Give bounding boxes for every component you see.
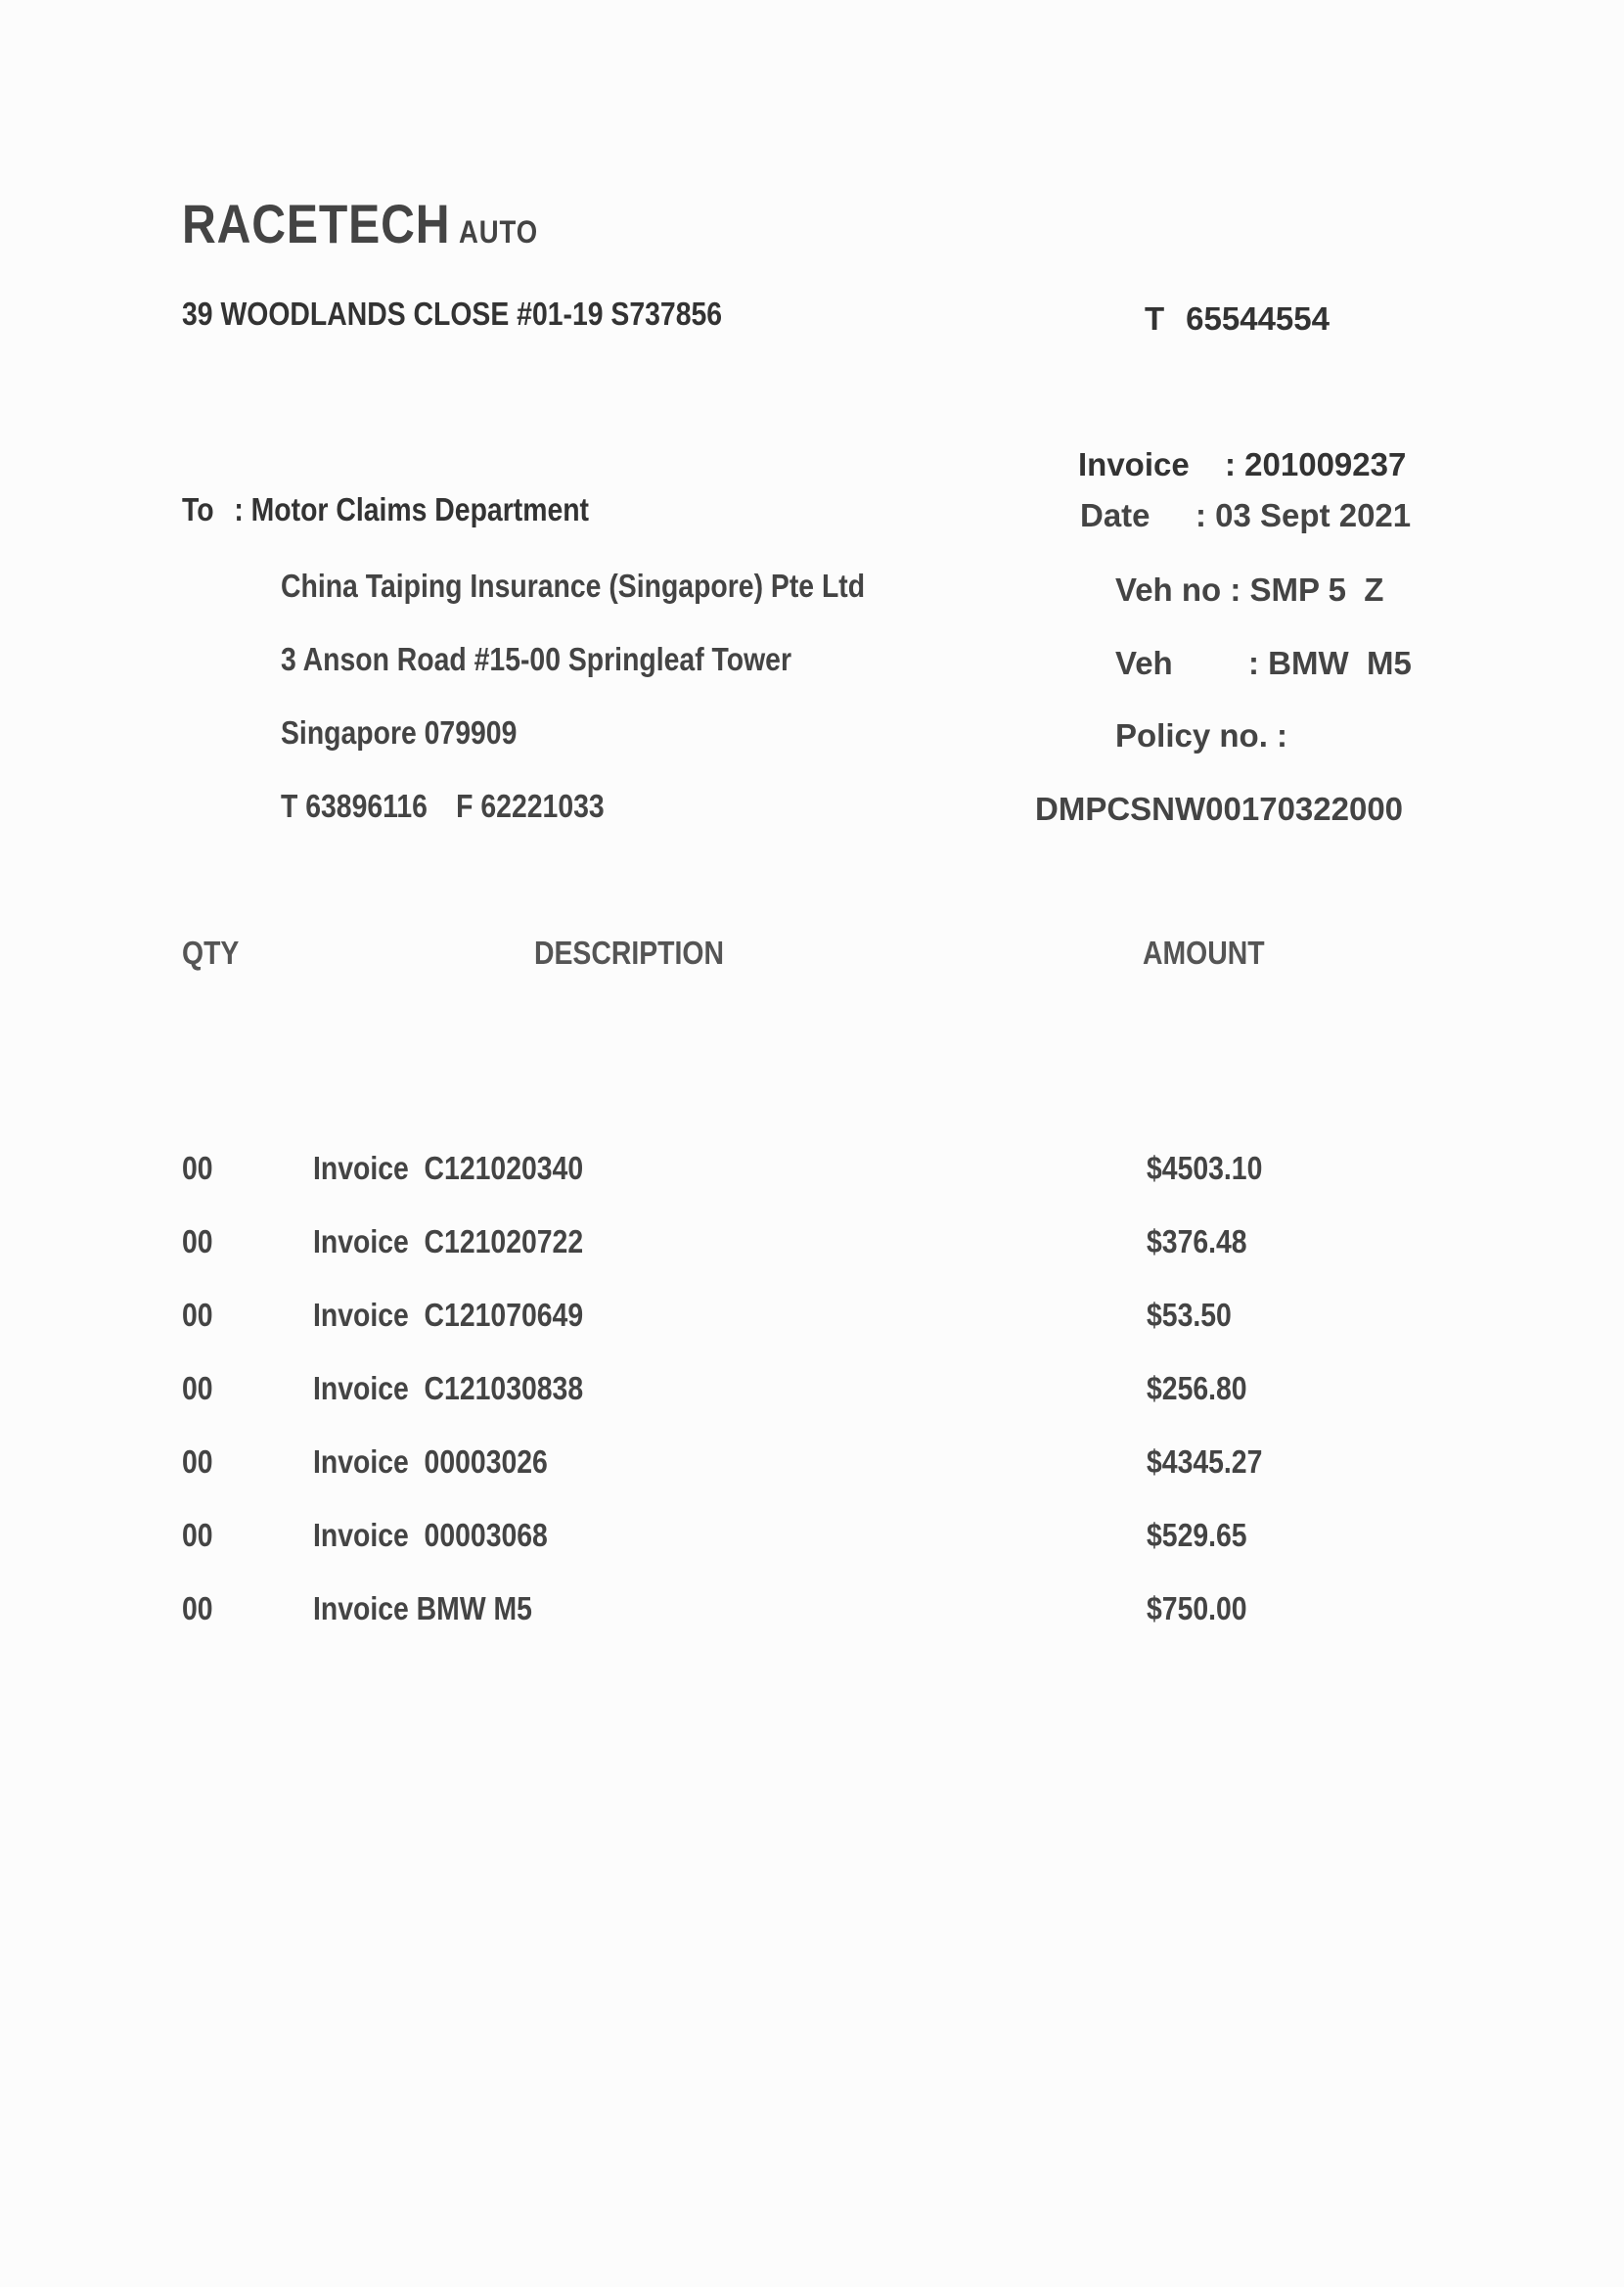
policy-number: DMPCSNW00170322000 xyxy=(1035,791,1403,828)
row-description: Invoice 00003026 xyxy=(313,1443,548,1481)
row-qty: 00 xyxy=(182,1223,213,1260)
table-header-description: DESCRIPTION xyxy=(534,935,724,972)
company-name-suffix: AUTO xyxy=(459,214,538,250)
row-qty: 00 xyxy=(182,1297,213,1334)
table-row: 00 Invoice BMW M5 $750.00 xyxy=(0,1590,1624,1664)
company-phone: T65544554 xyxy=(1145,300,1330,338)
invoice-date-label: Date xyxy=(1080,497,1195,534)
company-name-main: RACETECH xyxy=(182,193,450,254)
vehicle-model-sep: : xyxy=(1248,645,1268,681)
row-amount: $256.80 xyxy=(1147,1370,1247,1407)
recipient-to-label: To xyxy=(182,491,234,528)
company-name: RACETECHAUTO xyxy=(182,192,538,255)
recipient-to-sep: : xyxy=(234,491,250,527)
recipient-address-line2: Singapore 079909 xyxy=(281,714,517,752)
row-amount: $4503.10 xyxy=(1147,1150,1262,1187)
recipient-phone: T 63896116 xyxy=(281,788,428,824)
row-amount: $529.65 xyxy=(1147,1517,1247,1554)
table-row: 00 Invoice 00003026 $4345.27 xyxy=(0,1443,1624,1517)
table-row: 00 Invoice 00003068 $529.65 xyxy=(0,1517,1624,1590)
row-amount: $4345.27 xyxy=(1147,1443,1262,1481)
invoice-date-sep: : xyxy=(1195,497,1215,533)
row-description: Invoice C121020340 xyxy=(313,1150,583,1187)
invoice-number-label: Invoice xyxy=(1078,446,1225,483)
vehicle-model-value: BMW M5 xyxy=(1268,645,1412,681)
vehicle-number-value: SMP 5 Z xyxy=(1250,572,1384,608)
row-qty: 00 xyxy=(182,1590,213,1627)
recipient-company: China Taiping Insurance (Singapore) Pte … xyxy=(281,568,865,605)
company-phone-value: 65544554 xyxy=(1186,300,1330,337)
vehicle-model-label: Veh xyxy=(1115,645,1248,682)
invoice-page: RACETECHAUTO 39 WOODLANDS CLOSE #01-19 S… xyxy=(0,0,1624,2287)
row-amount: $53.50 xyxy=(1147,1297,1232,1334)
company-phone-label: T xyxy=(1145,300,1164,337)
row-description: Invoice C121030838 xyxy=(313,1370,583,1407)
table-row: 00 Invoice C121030838 $256.80 xyxy=(0,1370,1624,1443)
invoice-number-sep: : xyxy=(1225,446,1244,482)
line-items: 00 Invoice C121020340 $4503.10 00 Invoic… xyxy=(0,1150,1624,1664)
recipient-address-line1: 3 Anson Road #15-00 Springleaf Tower xyxy=(281,641,791,678)
table-header-amount: AMOUNT xyxy=(1143,935,1265,972)
row-amount: $750.00 xyxy=(1147,1590,1247,1627)
recipient-fax: F 62221033 xyxy=(456,788,604,824)
row-amount: $376.48 xyxy=(1147,1223,1247,1260)
invoice-date-value: 03 Sept 2021 xyxy=(1215,497,1411,533)
vehicle-number: Veh no : SMP 5 Z xyxy=(1115,572,1383,609)
policy-label: Policy no. : xyxy=(1115,717,1287,755)
row-description: Invoice C121020722 xyxy=(313,1223,583,1260)
vehicle-model: Veh: BMW M5 xyxy=(1115,645,1412,682)
row-qty: 00 xyxy=(182,1443,213,1481)
row-qty: 00 xyxy=(182,1517,213,1554)
row-description: Invoice 00003068 xyxy=(313,1517,548,1554)
table-header-qty: QTY xyxy=(182,935,239,972)
invoice-number: Invoice: 201009237 xyxy=(1078,446,1406,483)
row-description: Invoice BMW M5 xyxy=(313,1590,532,1627)
recipient-contact: T 63896116F 62221033 xyxy=(281,788,605,825)
table-row: 00 Invoice C121020340 $4503.10 xyxy=(0,1150,1624,1223)
vehicle-number-label: Veh no : xyxy=(1115,572,1250,608)
row-description: Invoice C121070649 xyxy=(313,1297,583,1334)
row-qty: 00 xyxy=(182,1150,213,1187)
table-row: 00 Invoice C121070649 $53.50 xyxy=(0,1297,1624,1370)
company-address: 39 WOODLANDS CLOSE #01-19 S737856 xyxy=(182,296,722,333)
recipient-to: To: Motor Claims Department xyxy=(182,491,589,528)
invoice-number-value: 201009237 xyxy=(1244,446,1406,482)
recipient-department: Motor Claims Department xyxy=(251,491,589,527)
table-row: 00 Invoice C121020722 $376.48 xyxy=(0,1223,1624,1297)
invoice-date: Date: 03 Sept 2021 xyxy=(1080,497,1411,534)
row-qty: 00 xyxy=(182,1370,213,1407)
